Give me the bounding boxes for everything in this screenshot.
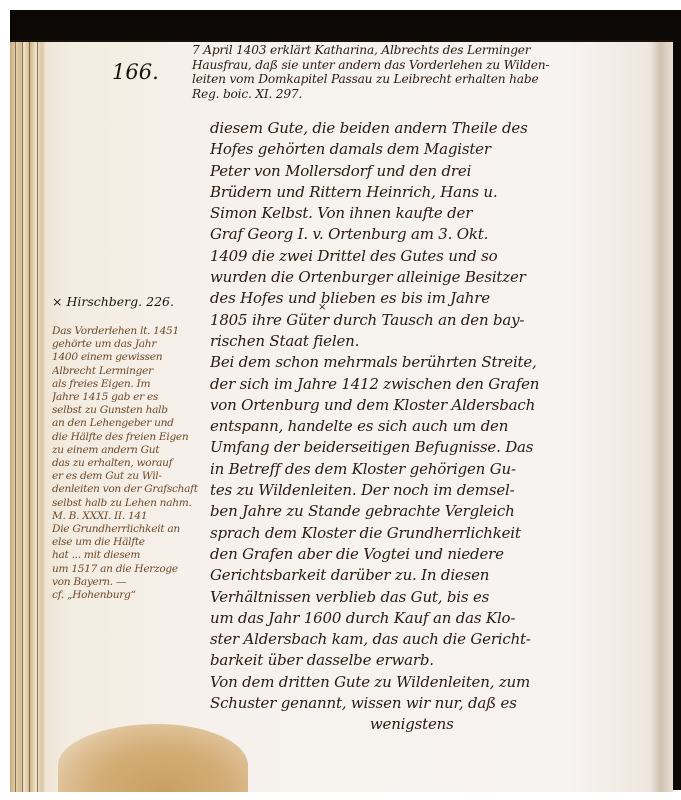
header-note-line: Hausfrau, daß sie unter andern das Vorde… (192, 58, 662, 73)
margin-note-line: 1400 einem gewissen (52, 351, 202, 364)
header-note-line: Reg. boic. XI. 297. (192, 87, 662, 102)
header-note: 7 April 1403 erklärt Katharina, Albrecht… (192, 43, 662, 101)
text-line: den Grafen aber die Vogtei und niedere (210, 544, 665, 565)
text-line: von Ortenburg und dem Kloster Aldersbach (210, 395, 665, 416)
margin-note-line: cf. „Hohenburg“ (52, 589, 202, 602)
margin-note-line: zu einem andern Gut (52, 444, 202, 457)
text-line: Von dem dritten Gute zu Wildenleiten, zu… (210, 672, 665, 693)
margin-note: Das Vorderlehen lt. 1451 gehörte um das … (52, 325, 202, 602)
text-line: entspann, handelte es sich auch um den (210, 416, 665, 437)
margin-note-line: gehörte um das Jahr (52, 338, 202, 351)
text-line: Brüdern und Rittern Heinrich, Hans u. (210, 182, 665, 203)
margin-note-line: die Hälfte des freien Eigen (52, 431, 202, 444)
margin-note-line: das zu erhalten, worauf (52, 457, 202, 470)
margin-note-line: Das Vorderlehen lt. 1451 (52, 325, 202, 338)
text-line: der sich im Jahre 1412 zwischen den Graf… (210, 374, 665, 395)
text-line: Umfang der beiderseitigen Befugnisse. Da… (210, 437, 665, 458)
text-line: Verhältnissen verblieb das Gut, bis es (210, 587, 665, 608)
margin-note-line: er es dem Gut zu Wil- (52, 470, 202, 483)
margin-note-line: von Bayern. — (52, 576, 202, 589)
page-number: 166. (112, 60, 159, 84)
text-line: Schuster genannt, wissen wir nur, daß es (210, 693, 665, 714)
page-edge-line (15, 42, 16, 792)
text-line: Simon Kelbst. Von ihnen kaufte der (210, 203, 665, 224)
margin-note-line: Jahre 1415 gab er es (52, 391, 202, 404)
text-line: Gerichtsbarkeit darüber zu. In diesen (210, 565, 665, 586)
text-line: diesem Gute, die beiden andern Theile de… (210, 118, 665, 139)
text-line: Bei dem schon mehrmals berührten Streite… (210, 352, 665, 373)
text-line: wurden die Ortenburger alleinige Besitze… (210, 267, 665, 288)
text-line: Peter von Mollersdorf und den drei (210, 161, 665, 182)
header-note-line: 7 April 1403 erklärt Katharina, Albrecht… (192, 43, 662, 58)
page-edge-line (37, 42, 38, 792)
page-edge-line (29, 42, 30, 792)
text-line: um das Jahr 1600 durch Kauf an das Klo- (210, 608, 665, 629)
text-line: ster Aldersbach kam, das auch die Gerich… (210, 629, 665, 650)
margin-note-line: selbst halb zu Lehen nahm. (52, 497, 202, 510)
text-line: des Hofes und blieben es bis im Jahre (210, 288, 665, 309)
margin-note-line: um 1517 an die Herzoge (52, 563, 202, 576)
text-line: barkeit über dasselbe erwarb. (210, 650, 665, 671)
page-edge-line (22, 42, 23, 792)
margin-note-line: else um die Hälfte (52, 536, 202, 549)
header-note-line: leiten vom Domkapitel Passau zu Leibrech… (192, 72, 662, 87)
margin-note-line: als freies Eigen. Im (52, 378, 202, 391)
margin-note-line: an den Lehengeber und (52, 417, 202, 430)
margin-note-line: denleiten von der Grafschaft (52, 483, 202, 496)
page-spine-edges (10, 42, 46, 792)
margin-note-line: Die Grundherrlichkeit an (52, 523, 202, 536)
text-line: 1805 ihre Güter durch Tausch an den bay- (210, 310, 665, 331)
text-line: tes zu Wildenleiten. Der noch im demsel- (210, 480, 665, 501)
margin-note-line: selbst zu Gunsten halb (52, 404, 202, 417)
margin-note-line: hat ... mit diesem (52, 549, 202, 562)
text-line: rischen Staat fielen. (210, 331, 665, 352)
main-text: diesem Gute, die beiden andern Theile de… (210, 118, 665, 736)
text-line: 1409 die zwei Drittel des Gutes und so (210, 246, 665, 267)
text-line: ben Jahre zu Stande gebrachte Vergleich (210, 501, 665, 522)
margin-note-line: Albrecht Lerminger (52, 365, 202, 378)
margin-note-line: M. B. XXXI. II. 141 (52, 510, 202, 523)
text-line: sprach dem Kloster die Grundherrlichkeit (210, 523, 665, 544)
margin-reference: × Hirschberg. 226. (52, 294, 174, 309)
text-line: in Betreff des dem Kloster gehörigen Gu- (210, 459, 665, 480)
text-line: Hofes gehörten damals dem Magister (210, 139, 665, 160)
text-line: Graf Georg I. v. Ortenburg am 3. Okt. (210, 224, 665, 245)
text-line: wenigstens (210, 714, 665, 735)
